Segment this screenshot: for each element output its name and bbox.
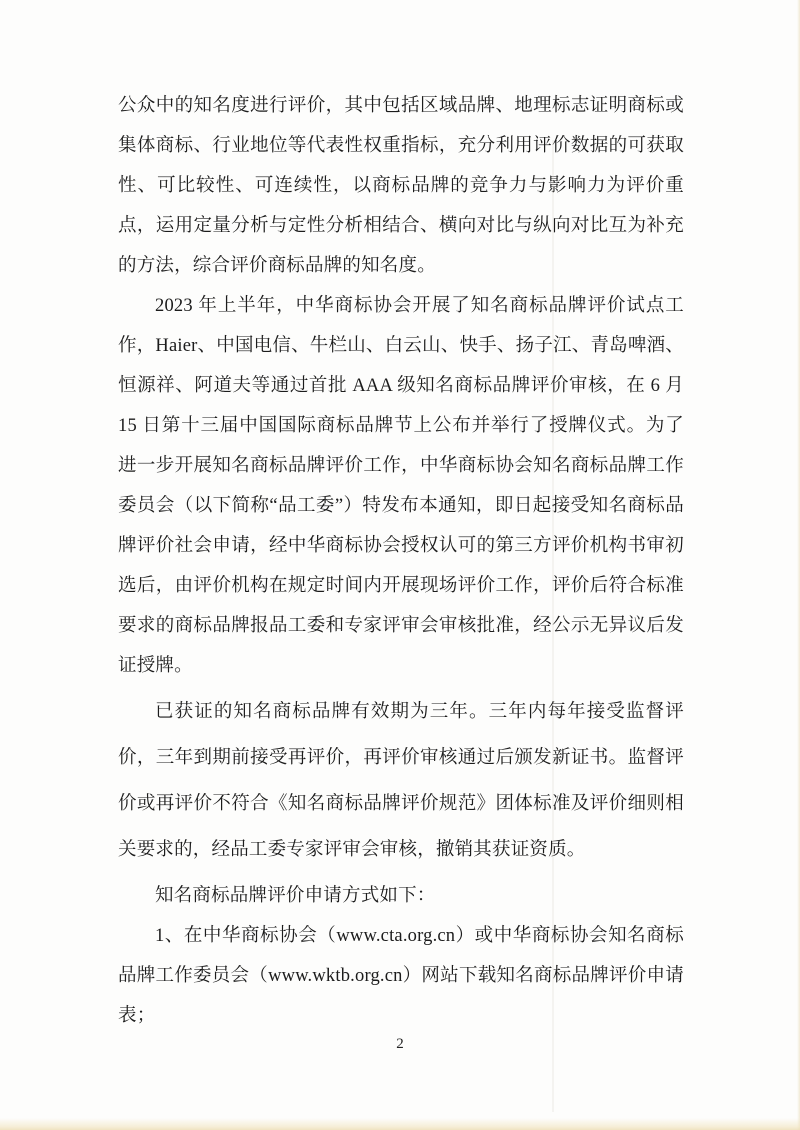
paragraph-application-intro: 知名商标品牌评价申请方式如下： bbox=[118, 876, 684, 916]
scan-bottom-edge-shadow bbox=[0, 1118, 800, 1130]
document-page: 公众中的知名度进行评价，其中包括区域品牌、地理标志证明商标或集体商标、行业地位等… bbox=[0, 0, 800, 1130]
page-number: 2 bbox=[0, 1036, 800, 1053]
paragraph-pilot-work: 2023 年上半年，中华商标协会开展了知名商标品牌评价试点工作，Haier、中国… bbox=[118, 286, 684, 686]
paragraph-validity-period: 已获证的知名商标品牌有效期为三年。三年内每年接受监督评价，三年到期前接受再评价，… bbox=[118, 689, 684, 873]
page-body-text: 公众中的知名度进行评价，其中包括区域品牌、地理标志证明商标或集体商标、行业地位等… bbox=[118, 86, 684, 1036]
paragraph-application-step-1: 1、在中华商标协会（www.cta.org.cn）或中华商标协会知名商标品牌工作… bbox=[118, 916, 684, 1036]
paragraph-continuation: 公众中的知名度进行评价，其中包括区域品牌、地理标志证明商标或集体商标、行业地位等… bbox=[118, 86, 684, 286]
